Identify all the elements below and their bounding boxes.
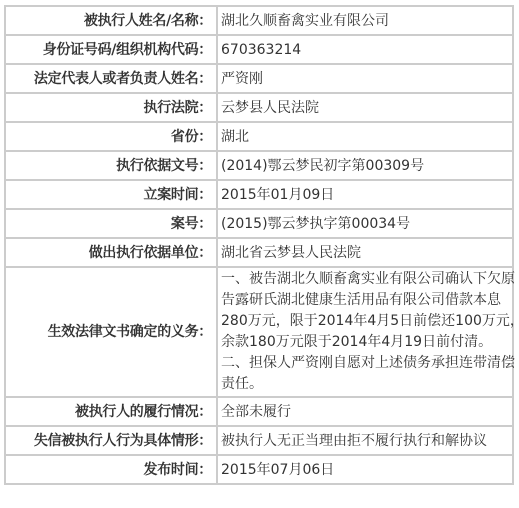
obligation-line: 责任。 [221,374,508,395]
label-performance-status: 被执行人的履行情况： [5,397,217,426]
value-debtor-name: 湖北久顺畜禽实业有限公司 [217,6,513,35]
value-dishonest-behavior: 被执行人无正当理由拒不履行执行和解协议 [217,426,513,455]
obligation-line: 一、被告湖北久顺畜禽实业有限公司确认下欠原 [221,269,508,290]
label-province: 省份： [5,122,217,151]
label-case-number: 案号： [5,209,217,238]
row-basis-document-number: 执行依据文号： (2014)鄂云梦民初字第00309号 [5,151,513,180]
value-filing-date: 2015年01月09日 [217,180,513,209]
label-obligations: 生效法律文书确定的义务： [5,267,217,397]
value-legal-representative: 严资刚 [217,64,513,93]
row-performance-status: 被执行人的履行情况： 全部未履行 [5,397,513,426]
row-obligations: 生效法律文书确定的义务： 一、被告湖北久顺畜禽实业有限公司确认下欠原 告露研氏湖… [5,267,513,397]
value-publish-date: 2015年07月06日 [217,455,513,484]
value-province: 湖北 [217,122,513,151]
row-case-number: 案号： (2015)鄂云梦执字第00034号 [5,209,513,238]
row-legal-representative: 法定代表人或者负责人姓名： 严资刚 [5,64,513,93]
obligation-line: 二、担保人严资刚自愿对上述债务承担连带清偿 [221,353,508,374]
label-executing-court: 执行法院： [5,93,217,122]
label-publish-date: 发布时间： [5,455,217,484]
row-publish-date: 发布时间： 2015年07月06日 [5,455,513,484]
row-id-code: 身份证号码/组织机构代码： 670363214 [5,35,513,64]
value-performance-status: 全部未履行 [217,397,513,426]
value-issuing-unit: 湖北省云梦县人民法院 [217,238,513,267]
value-case-number: (2015)鄂云梦执字第00034号 [217,209,513,238]
label-dishonest-behavior: 失信被执行人行为具体情形： [5,426,217,455]
label-basis-document-number: 执行依据文号： [5,151,217,180]
label-debtor-name: 被执行人姓名/名称： [5,6,217,35]
value-obligations: 一、被告湖北久顺畜禽实业有限公司确认下欠原 告露研氏湖北健康生活用品有限公司借款… [217,267,513,397]
label-id-code: 身份证号码/组织机构代码： [5,35,217,64]
obligation-line: 280万元，限于2014年4月5日前偿还100万元， [221,311,508,332]
value-basis-document-number: (2014)鄂云梦民初字第00309号 [217,151,513,180]
row-filing-date: 立案时间： 2015年01月09日 [5,180,513,209]
dishonest-debtor-info-table: 被执行人姓名/名称： 湖北久顺畜禽实业有限公司 身份证号码/组织机构代码： 67… [4,5,514,485]
value-executing-court: 云梦县人民法院 [217,93,513,122]
row-issuing-unit: 做出执行依据单位： 湖北省云梦县人民法院 [5,238,513,267]
row-dishonest-behavior: 失信被执行人行为具体情形： 被执行人无正当理由拒不履行执行和解协议 [5,426,513,455]
row-executing-court: 执行法院： 云梦县人民法院 [5,93,513,122]
row-province: 省份： 湖北 [5,122,513,151]
label-filing-date: 立案时间： [5,180,217,209]
obligation-line: 告露研氏湖北健康生活用品有限公司借款本息 [221,290,508,311]
value-id-code: 670363214 [217,35,513,64]
obligation-line: 余款180万元限于2014年4月19日前付清。 [221,332,508,353]
label-issuing-unit: 做出执行依据单位： [5,238,217,267]
row-debtor-name: 被执行人姓名/名称： 湖北久顺畜禽实业有限公司 [5,6,513,35]
label-legal-representative: 法定代表人或者负责人姓名： [5,64,217,93]
